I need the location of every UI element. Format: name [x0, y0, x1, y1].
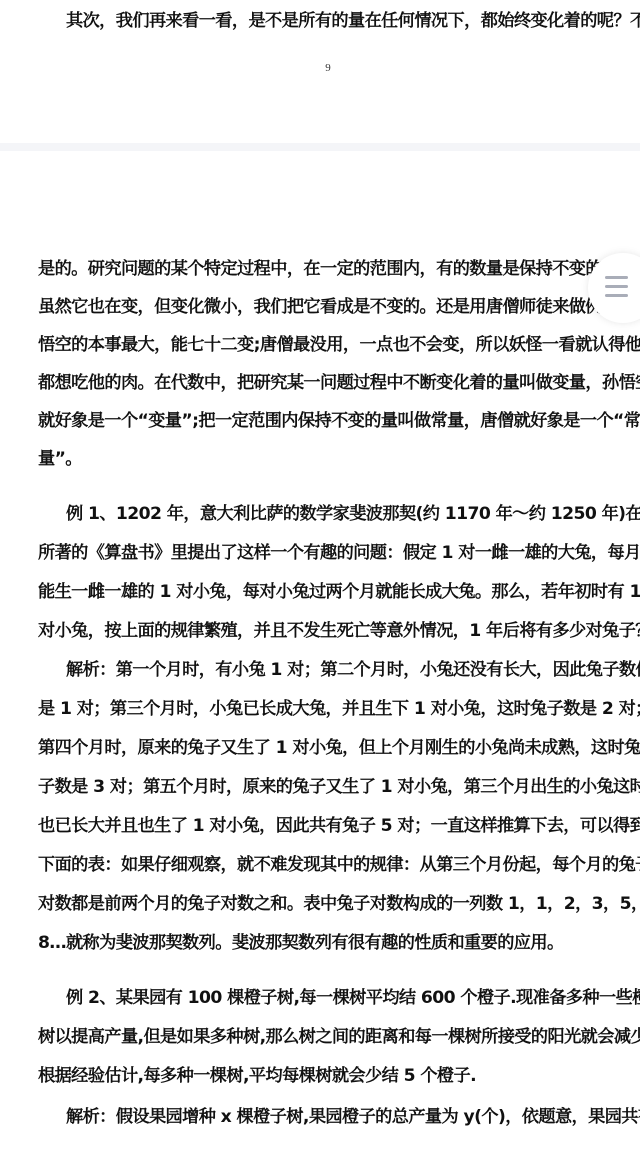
paragraph-line: 对小兔，按上面的规律繁殖，并且不发生死亡等意外情况，1 年后将有多少对兔子？ [38, 620, 618, 642]
paragraph-line: 下面的表：如果仔细观察，就不难发现其中的规律：从第三个月份起，每个月的兔子 [38, 854, 618, 876]
previous-page: 其次，我们再来看一看，是不是所有的量在任何情况下，都始终变化着的呢？不 9 [0, 0, 640, 143]
paragraph-line: 悟空的本事最大，能七十二变;唐僧最没用，一点也不会变，所以妖怪一看就认得他。 [38, 334, 618, 356]
paragraph-line: 是 1 对；第三个月时，小兔已长成大兔，并且生下 1 对小兔，这时兔子数是 2 … [38, 698, 618, 720]
paragraph-line: 都想吃他的肉。在代数中，把研究某一问题过程中不断变化着的量叫做变量，孙悟空 [38, 372, 618, 394]
page-separator [0, 143, 640, 151]
example-1-heading-line: 例 1、1202 年，意大利比萨的数学家斐波那契(约 1170 年～约 1250… [66, 503, 640, 525]
example-2-heading-line: 例 2、某果园有 100 棵橙子树,每一棵树平均结 600 个橙子.现准备多种一… [66, 987, 640, 1009]
paragraph-line: 是的。研究问题的某个特定过程中，在一定的范围内，有的数量是保持不变的。或 [38, 258, 618, 280]
page-number: 9 [0, 62, 640, 74]
paragraph-line: 其次，我们再来看一看，是不是所有的量在任何情况下，都始终变化着的呢？不 [66, 10, 640, 32]
paragraph-line: 虽然它也在变，但变化微小，我们把它看成是不变的。还是用唐僧师徒来做例子。 [38, 296, 618, 318]
paragraph-line: 根据经验估计,每多种一棵树,平均每棵树就会少结 5 个橙子. [38, 1065, 618, 1087]
paragraph-line: 就好象是一个“变量”;把一定范围内保持不变的量叫做常量，唐僧就好象是一个“常 [38, 410, 618, 432]
paragraph-line: 量”。 [38, 448, 618, 470]
paragraph-line: 8…就称为斐波那契数列。斐波那契数列有很有趣的性质和重要的应用。 [38, 932, 618, 954]
paragraph-line: 树以提高产量,但是如果多种树,那么树之间的距离和每一棵树所接受的阳光就会减少. [38, 1026, 618, 1048]
paragraph-line: 子数是 3 对；第五个月时，原来的兔子又生了 1 对小兔，第三个月出生的小兔这时 [38, 776, 618, 798]
analysis-1-line: 解析：第一个月时，有小兔 1 对；第二个月时，小兔还没有长大，因此兔子数仍 [66, 659, 640, 681]
paragraph-line: 能生一雌一雄的 1 对小兔，每对小兔过两个月就能长成大兔。那么，若年初时有 1 [38, 581, 618, 603]
analysis-2-line: 解析：假设果园增种 x 棵橙子树,果园橙子的总产量为 y(个)，依题意，果园共有 [66, 1106, 640, 1128]
paragraph-line: 也已长大并且也生了 1 对小兔，因此共有兔子 5 对；一直这样推算下去，可以得到 [38, 815, 618, 837]
paragraph-line: 对数都是前两个月的兔子对数之和。表中兔子对数构成的一列数 1，1，2，3，5， [38, 893, 618, 915]
paragraph-line: 第四个月时，原来的兔子又生了 1 对小兔，但上个月刚生的小兔尚未成熟，这时兔 [38, 737, 618, 759]
current-page: 是的。研究问题的某个特定过程中，在一定的范围内，有的数量是保持不变的。或 虽然它… [0, 151, 640, 1176]
paragraph-line: 所著的《算盘书》里提出了这样一个有趣的问题：假定 1 对一雌一雄的大兔，每月 [38, 542, 618, 564]
